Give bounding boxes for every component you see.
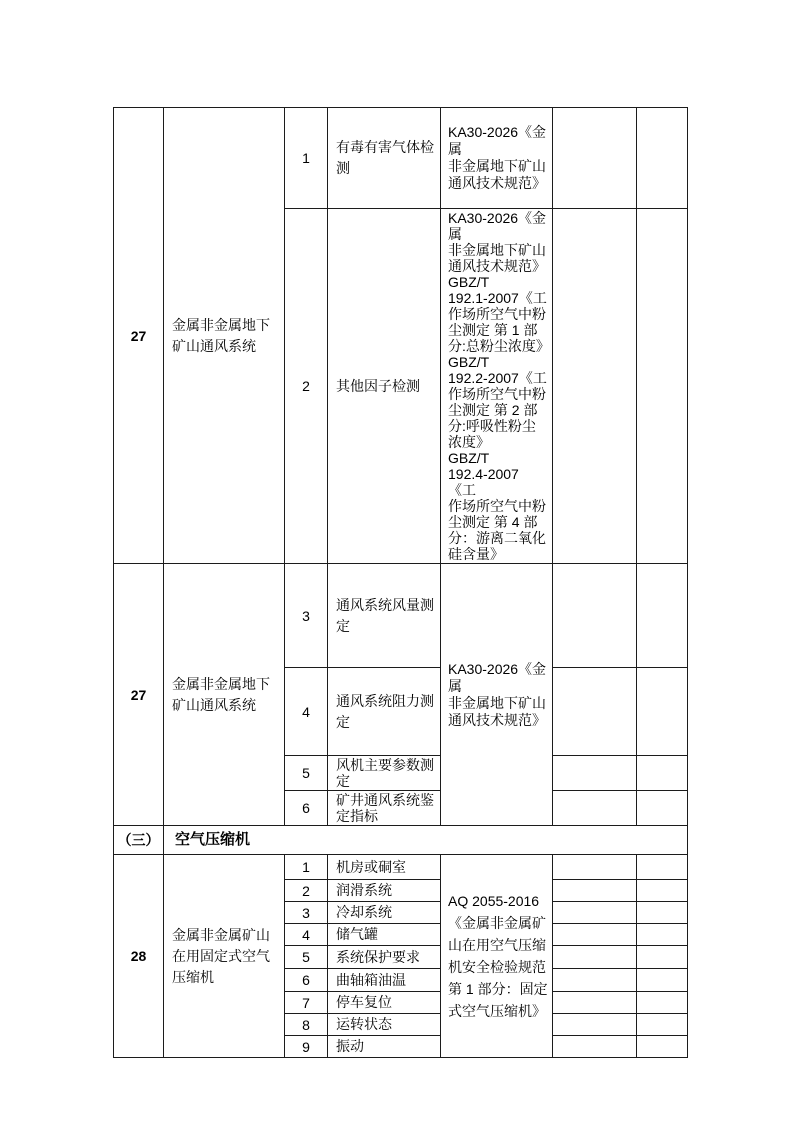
item-no-cell: 2 <box>285 880 328 902</box>
empty-cell <box>553 902 637 924</box>
empty-cell <box>637 791 688 826</box>
item-name-cell: 通风系统阻力测 定 <box>328 668 441 756</box>
item-name-cell: 润滑系统 <box>328 880 441 902</box>
empty-cell <box>637 992 688 1014</box>
empty-cell <box>637 969 688 992</box>
empty-cell <box>637 668 688 756</box>
category-cell: 金属非金属地下 矿山通风系统 <box>164 108 285 564</box>
section-label-cell: （三） <box>114 826 164 855</box>
item-no-cell: 3 <box>285 902 328 924</box>
item-name-cell: 机房或硐室 <box>328 855 441 880</box>
item-name-cell: 运转状态 <box>328 1014 441 1036</box>
empty-cell <box>637 1036 688 1058</box>
item-no-cell: 9 <box>285 1036 328 1058</box>
empty-cell <box>637 756 688 791</box>
empty-cell <box>553 564 637 668</box>
item-no-cell: 4 <box>285 924 328 946</box>
seq-cell: 28 <box>114 855 164 1058</box>
item-name-cell: 有毒有害气体检 测 <box>328 108 441 209</box>
table-row: （三） 空气压缩机 <box>114 826 688 855</box>
item-no-cell: 5 <box>285 756 328 791</box>
item-name-cell: 振动 <box>328 1036 441 1058</box>
item-name-cell: 系统保护要求 <box>328 946 441 969</box>
empty-cell <box>637 1014 688 1036</box>
seq-cell: 27 <box>114 108 164 564</box>
item-no-cell: 7 <box>285 992 328 1014</box>
empty-cell <box>637 946 688 969</box>
item-name-cell: 通风系统风量测 定 <box>328 564 441 668</box>
item-name-cell: 停车复位 <box>328 992 441 1014</box>
category-cell: 金属非金属矿山 在用固定式空气 压缩机 <box>164 855 285 1058</box>
seq-cell: 27 <box>114 564 164 826</box>
standard-cell: KA30-2026《金属 非金属地下矿山 通风技术规范》 <box>441 108 553 209</box>
empty-cell <box>553 969 637 992</box>
empty-cell <box>553 992 637 1014</box>
item-name-cell: 曲轴箱油温 <box>328 969 441 992</box>
empty-cell <box>553 924 637 946</box>
item-no-cell: 3 <box>285 564 328 668</box>
table-row: 27 金属非金属地下 矿山通风系统 1 有毒有害气体检 测 KA30-2026《… <box>114 108 688 209</box>
item-no-cell: 6 <box>285 969 328 992</box>
empty-cell <box>553 1036 637 1058</box>
table-row: 27 金属非金属地下 矿山通风系统 3 通风系统风量测 定 KA30-2026《… <box>114 564 688 668</box>
document-page: { "page": { "background": "#ffffff", "ta… <box>0 0 794 1123</box>
item-name-cell: 风机主要参数测 定 <box>328 756 441 791</box>
empty-cell <box>553 668 637 756</box>
item-no-cell: 5 <box>285 946 328 969</box>
empty-cell <box>637 564 688 668</box>
empty-cell <box>553 108 637 209</box>
item-no-cell: 1 <box>285 108 328 209</box>
standard-cell: KA30-2026《金属 非金属地下矿山 通风技术规范》 GBZ/T 192.1… <box>441 209 553 564</box>
empty-cell <box>553 946 637 969</box>
item-no-cell: 6 <box>285 791 328 826</box>
item-name-cell: 其他因子检测 <box>328 209 441 564</box>
item-no-cell: 1 <box>285 855 328 880</box>
item-name-cell: 储气罐 <box>328 924 441 946</box>
empty-cell <box>637 924 688 946</box>
standard-cell: KA30-2026《金属 非金属地下矿山 通风技术规范》 <box>441 564 553 826</box>
empty-cell <box>637 209 688 564</box>
empty-cell <box>553 756 637 791</box>
empty-cell <box>553 855 637 880</box>
item-name-cell: 矿井通风系统鉴 定指标 <box>328 791 441 826</box>
item-name-cell: 冷却系统 <box>328 902 441 924</box>
empty-cell <box>637 855 688 880</box>
inspection-table: 27 金属非金属地下 矿山通风系统 1 有毒有害气体检 测 KA30-2026《… <box>113 107 688 1058</box>
empty-cell <box>637 902 688 924</box>
section-title-cell: 空气压缩机 <box>164 826 688 855</box>
item-no-cell: 8 <box>285 1014 328 1036</box>
empty-cell <box>553 791 637 826</box>
table-row: 28 金属非金属矿山 在用固定式空气 压缩机 1 机房或硐室 AQ 2055-2… <box>114 855 688 880</box>
category-cell: 金属非金属地下 矿山通风系统 <box>164 564 285 826</box>
empty-cell <box>553 209 637 564</box>
item-no-cell: 2 <box>285 209 328 564</box>
empty-cell <box>553 880 637 902</box>
empty-cell <box>637 880 688 902</box>
item-no-cell: 4 <box>285 668 328 756</box>
empty-cell <box>637 108 688 209</box>
empty-cell <box>553 1014 637 1036</box>
standard-cell: AQ 2055-2016 《金属非金属矿 山在用空气压缩 机安全检验规范 第 1… <box>441 855 553 1058</box>
